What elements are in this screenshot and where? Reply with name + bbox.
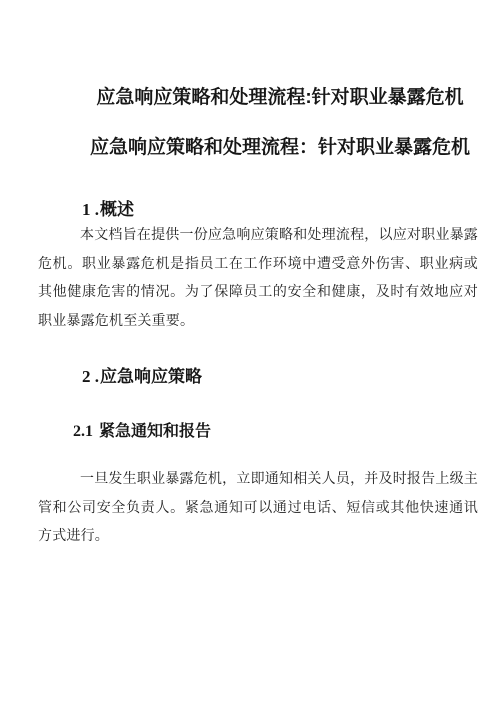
section-2-1-number: 2.1	[73, 423, 93, 440]
section-1-heading: 1 .概述	[82, 198, 500, 222]
section-2-1-title: 紧急通知和报告	[99, 423, 211, 440]
section-2-heading: 2 .应急响应策略	[82, 365, 500, 389]
section-1-number: 1 .	[82, 200, 99, 219]
section-1-title: 概述	[100, 200, 134, 219]
document-title-line1: 应急响应策略和处理流程:针对职业暴露危机	[0, 84, 500, 112]
section-2-number: 2 .	[82, 367, 99, 386]
section-2-1-heading: 2.1紧急通知和报告	[73, 421, 500, 443]
section-1-paragraph: 本文档旨在提供一份应急响应策略和处理流程，以应对职业暴露危机。职业暴露危机是指员…	[38, 222, 478, 336]
document-title-line2: 应急响应策略和处理流程：针对职业暴露危机	[0, 134, 500, 162]
document-page: 应急响应策略和处理流程:针对职业暴露危机 应急响应策略和处理流程：针对职业暴露危…	[0, 0, 500, 707]
section-2-title: 应急响应策略	[100, 367, 202, 386]
section-2-1-paragraph: 一旦发生职业暴露危机，立即通知相关人员，并及时报告上级主管和公司安全负责人。紧急…	[38, 466, 478, 552]
